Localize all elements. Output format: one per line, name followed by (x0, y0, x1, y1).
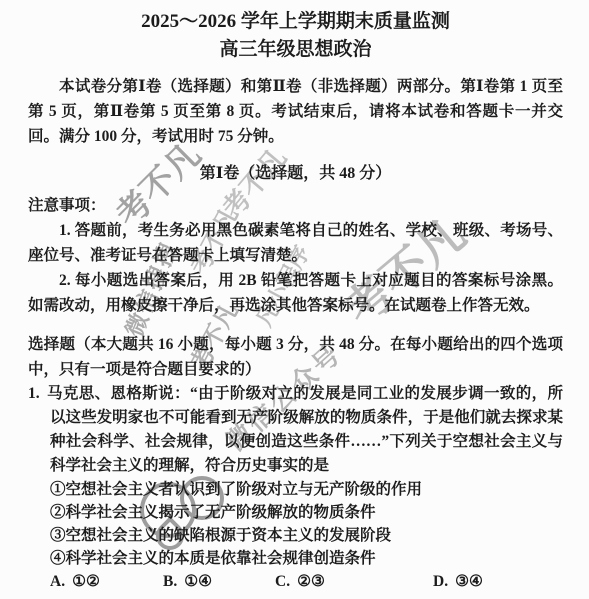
paper-title-line2: 高三年级思想政治 (28, 36, 563, 64)
option-b: B.①④ (163, 571, 275, 593)
option-c: C.②③ (275, 571, 433, 593)
paper-content: 2025～2026 学年上学期期末质量监测 高三年级思想政治 本试卷分第Ⅰ卷（选… (0, 0, 589, 593)
option-a-label: A. (50, 573, 72, 590)
option-c-value: ②③ (297, 573, 325, 590)
option-c-label: C. (275, 573, 297, 590)
question-1-statements: ①空想社会主义者认识到了阶级对立与无产阶级的作用 ②科学社会主义揭示了无产阶级解… (28, 478, 563, 570)
question-1-stem: 马克思、恩格斯说：“由于阶级对立的发展是同工业的发展步调一致的，所以这些发明家也… (47, 385, 563, 474)
option-d-label: D. (433, 573, 455, 590)
statement-3: ③空想社会主义的缺陷根源于资本主义的发展阶段 (50, 524, 563, 547)
notice-title: 注意事项： (28, 194, 563, 218)
option-a-value: ①② (72, 573, 100, 590)
section-1-heading: 第Ⅰ卷（选择题，共 48 分） (28, 161, 563, 187)
exam-intro-paragraph: 本试卷分第Ⅰ卷（选择题）和第Ⅱ卷（非选择题）两部分。第Ⅰ卷第 1 页至第 5 页… (28, 74, 563, 149)
option-d-value: ③④ (455, 573, 483, 590)
option-b-value: ①④ (184, 573, 212, 590)
question-1-stem-row: 1.马克思、恩格斯说：“由于阶级对立的发展是同工业的发展步调一致的，所以这些发明… (50, 382, 563, 478)
statement-2: ②科学社会主义揭示了无产阶级解放的物质条件 (50, 501, 563, 524)
exam-paper-page: 考不凡 考不凡 微信搜搜 考不凡 凡小程序 考不凡 考不凡 微信公众号 2025… (0, 0, 589, 599)
question-1: 1.马克思、恩格斯说：“由于阶级对立的发展是同工业的发展步调一致的，所以这些发明… (28, 382, 563, 593)
question-1-options-row: A.①② B.①④ C.②③ D.③④ (50, 571, 563, 593)
option-b-label: B. (163, 573, 184, 590)
option-d: D.③④ (433, 571, 483, 593)
paper-title-line1: 2025～2026 学年上学期期末质量监测 (28, 8, 563, 36)
option-a: A.①② (50, 571, 163, 593)
statement-1: ①空想社会主义者认识到了阶级对立与无产阶级的作用 (50, 478, 563, 501)
statement-4: ④科学社会主义的本质是依靠社会规律创造条件 (50, 547, 563, 570)
notice-item-2: 2. 每小题选出答案后，用 2B 铅笔把答题卡上对应题目的答案标号涂黑。如需改动… (28, 268, 563, 318)
choice-section-intro: 选择题（本大题共 16 小题，每小题 3 分，共 48 分。在每小题给出的四个选… (28, 332, 563, 382)
question-1-number: 1. (28, 385, 47, 402)
notice-item-1: 1. 答题前，考生务必用黑色碳素笔将自己的姓名、学校、班级、考场号、座位号、准考… (28, 218, 563, 268)
